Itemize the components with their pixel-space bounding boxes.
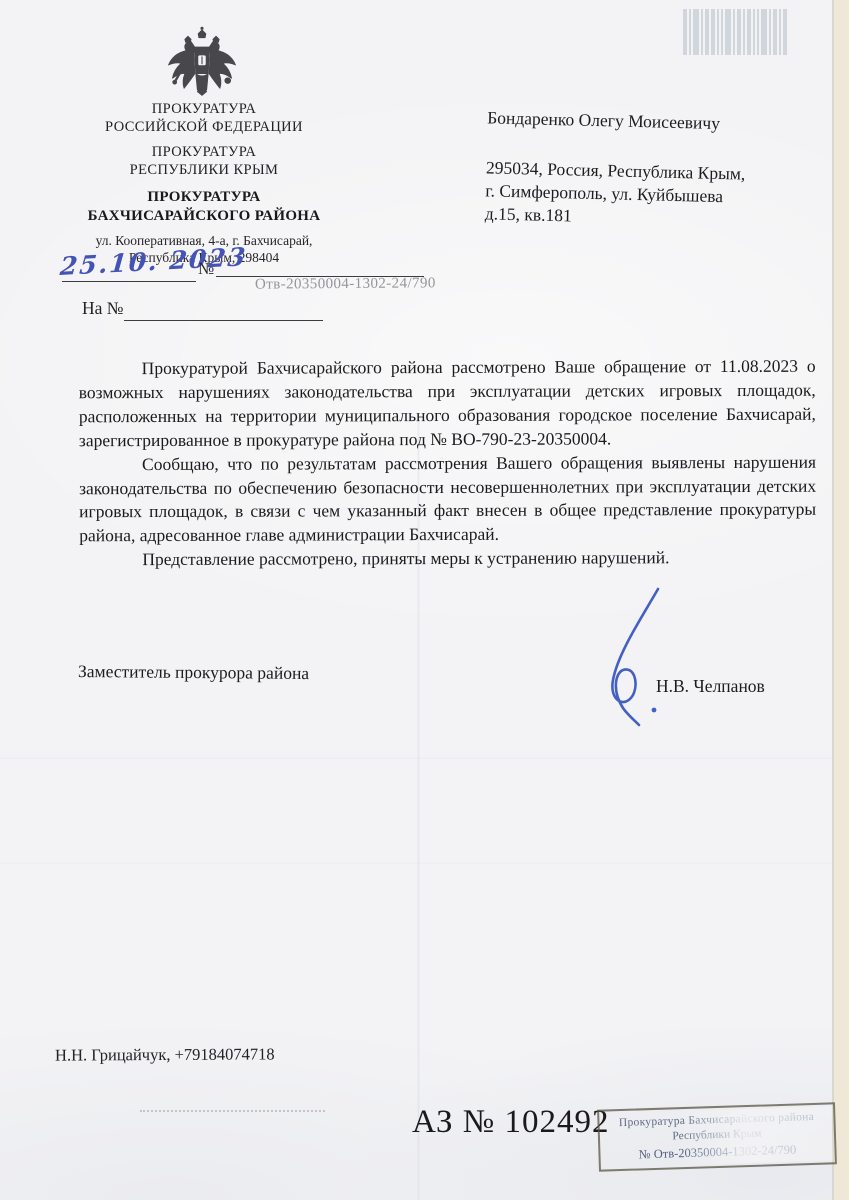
registration-number: АЗ № 102492 [412,1104,610,1141]
barcode-bar [779,9,781,55]
org-name-line: ПРОКУРАТУРА [58,100,350,118]
barcode-bar [701,9,703,55]
barcode-bar [747,9,751,55]
barcode-faint-icon [683,9,795,55]
org-name-line: ПРОКУРАТУРА [58,143,350,161]
org-name-bold-line: БАХЧИСАРАЙСКОГО РАЙОНА [58,207,350,226]
faded-text-smudge [140,1110,325,1112]
body-paragraph: Прокуратурой Бахчисарайского района расс… [79,355,816,453]
barcode-bar [773,9,777,55]
scanned-letter-page: ПРОКУРАТУРА РОССИЙСКОЙ ФЕДЕРАЦИИ ПРОКУРА… [0,0,849,1200]
outgoing-number-ghost-text: Отв-20350004-1302-24/790 [255,275,436,293]
barcode-bar [769,9,771,55]
barcode-bar [725,9,731,55]
barcode-bar [721,9,723,55]
stamp-fade-overlay [601,1106,833,1167]
letterhead: ПРОКУРАТУРА РОССИЙСКОЙ ФЕДЕРАЦИИ ПРОКУРА… [58,100,350,266]
barcode-bar [711,9,715,55]
registration-stamp: Прокуратура Бахчисарайского района Респу… [597,1102,837,1171]
reply-to-number-label: На № [82,298,123,319]
scanner-background-edge [832,0,849,1200]
barcode-bar [693,9,699,55]
org-name-line: РЕСПУБЛИКИ КРЫМ [58,161,350,179]
letter-body: Прокуратурой Бахчисарайского района расс… [79,355,817,573]
org-name-bold-line: ПРОКУРАТУРА [58,188,350,207]
signatory-position: Заместитель прокурора района [78,661,309,684]
handwritten-signature [596,583,676,733]
barcode-bar [737,9,741,55]
barcode-bar [783,9,787,55]
executor-contact: Н.Н. Грицайчук, +79184074718 [55,1044,275,1065]
barcode-bar [717,9,719,55]
barcode-bar [683,9,687,55]
barcode-bar [757,9,759,55]
barcode-bar [743,9,745,55]
barcode-bar [753,9,755,55]
recipient-name: Бондаренко Олегу Моисеевичу [487,106,787,136]
outgoing-number-label: № [198,259,214,279]
body-paragraph: Сообщаю, что по результатам рассмотрения… [79,450,816,548]
date-underline [62,281,196,282]
barcode-bar [705,9,709,55]
body-paragraph: Представление рассмотрено, приняты меры … [79,546,816,572]
barcode-bar [733,9,735,55]
reply-to-number-underline [124,320,323,321]
recipient-block: Бондаренко Олегу Моисеевичу 295034, Росс… [485,106,788,232]
barcode-bar [761,9,767,55]
russian-eagle-emblem-icon [162,26,242,104]
org-name-line: РОССИЙСКОЙ ФЕДЕРАЦИИ [58,118,350,136]
barcode-bar [689,9,691,55]
